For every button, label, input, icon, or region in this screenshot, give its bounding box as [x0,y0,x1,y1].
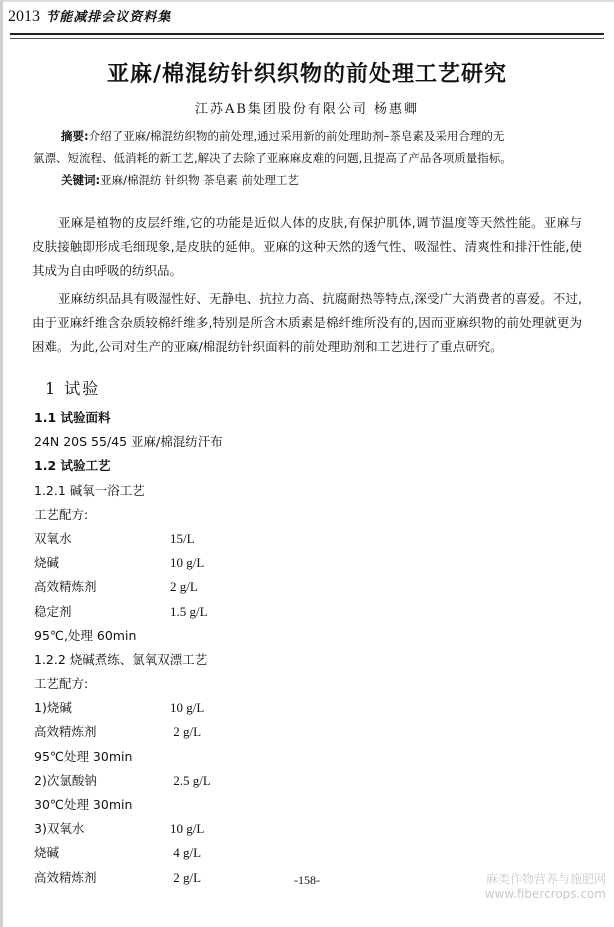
chemical-dosage: 2 g/L [170,575,198,599]
abstract-label: 摘要: [61,129,89,143]
chemical-name: 烧碱 [34,551,170,575]
formula-item: 高效精炼剂 2 g/L [34,720,223,744]
fabric-spec: 24N 20S 55/45 亚麻/棉混纺汗布 [34,430,223,454]
chemical-name: 高效精炼剂 [34,575,170,599]
author-affiliation: 江苏AB集团股份有限公司 杨惠卿 [0,98,614,117]
process-heading: 1.2.1 碱氧一浴工艺 [34,479,223,503]
process-heading: 1.2.2 烧碱煮练、氯氧双漂工艺 [34,648,223,672]
chemical-dosage: 2 g/L [170,720,201,744]
chemical-dosage: 10 g/L [170,551,204,575]
chemical-name: 2)次氯酸钠 [34,769,170,793]
chemical-name: 3)双氧水 [34,817,170,841]
experiment-content: 1.1 试验面料 24N 20S 55/45 亚麻/棉混纺汗布 1.2 试验工艺… [34,406,223,890]
formula-item: 烧碱10 g/L [34,551,223,575]
subsection-heading: 1.1 试验面料 [34,406,223,430]
chemical-name: 烧碱 [34,841,170,865]
watermark-url: www.fibercrops.com [485,887,606,902]
body-paragraph: 亚麻是植物的皮层纤维,它的功能是近似人体的皮肤,有保护肌体,调节温度等天然性能。… [32,211,582,283]
formula-item: 高效精炼剂2 g/L [34,575,223,599]
chemical-dosage: 2.5 g/L [170,769,211,793]
abstract-line-2: 氯漂、短流程、低消耗的新工艺,解决了去除了亚麻麻皮难的问题,且提高了产品各项质量… [33,147,574,169]
formula-item: 烧碱 4 g/L [34,841,223,865]
body-paragraph: 亚麻纺织品具有吸湿性好、无静电、抗拉力高、抗腐耐热等特点,深受广大消费者的喜爱。… [32,287,582,359]
formula-item: 稳定剂1.5 g/L [34,600,223,624]
chemical-name: 1)烧碱 [34,696,170,720]
page-left-border [0,0,3,927]
chemical-dosage: 1.5 g/L [170,600,208,624]
chemical-dosage: 4 g/L [170,841,201,865]
abstract-line-1: 摘要:介绍了亚麻/棉混纺织物的前处理,通过采用新的前处理助剂–茶皂素及采用合理的… [35,125,574,147]
body-text: 亚麻是植物的皮层纤维,它的功能是近似人体的皮肤,有保护肌体,调节温度等天然性能。… [32,211,582,359]
subsection-heading: 1.2 试验工艺 [34,454,223,478]
chemical-dosage: 10 g/L [170,696,204,720]
chemical-name: 双氧水 [34,527,170,551]
chemical-name: 稳定剂 [34,600,170,624]
process-condition: 95℃处理 30min [34,745,223,769]
formula-item: 3)双氧水10 g/L [34,817,223,841]
process-condition: 95℃,处理 60min [34,624,223,648]
formula-item: 1)烧碱10 g/L [34,696,223,720]
keywords-line: 关键词:亚麻/棉混纺 针织物 茶皂素 前处理工艺 [35,169,574,191]
keywords-label: 关键词: [61,173,100,187]
abstract-text-1: 介绍了亚麻/棉混纺织物的前处理,通过采用新的前处理助剂–茶皂素及采用合理的无 [89,129,505,143]
paper-title: 亚麻/棉混纺针织织物的前处理工艺研究 [0,57,614,88]
header-series: 节能减排会议资料集 [45,10,171,25]
chemical-dosage: 15/L [170,527,195,551]
chemical-name: 高效精炼剂 [34,720,170,744]
header-rule [10,33,604,39]
section-heading-1: 1 试验 [45,376,100,399]
formula-item: 2)次氯酸钠 2.5 g/L [34,769,223,793]
watermark-title: 麻类作物营养与施肥网 [485,872,606,887]
formula-label: 工艺配方: [34,672,223,696]
process-condition: 30℃处理 30min [34,793,223,817]
abstract-block: 摘要:介绍了亚麻/棉混纺织物的前处理,通过采用新的前处理助剂–茶皂素及采用合理的… [35,125,574,191]
keywords-text: 亚麻/棉混纺 针织物 茶皂素 前处理工艺 [100,173,299,187]
running-header: 2013 节能减排会议资料集 [8,6,604,28]
formula-label: 工艺配方: [34,503,223,527]
site-watermark: 麻类作物营养与施肥网 www.fibercrops.com [485,872,606,902]
formula-item: 双氧水15/L [34,527,223,551]
header-year: 2013 [8,8,40,25]
chemical-dosage: 10 g/L [170,817,204,841]
page-top-border [0,0,614,2]
